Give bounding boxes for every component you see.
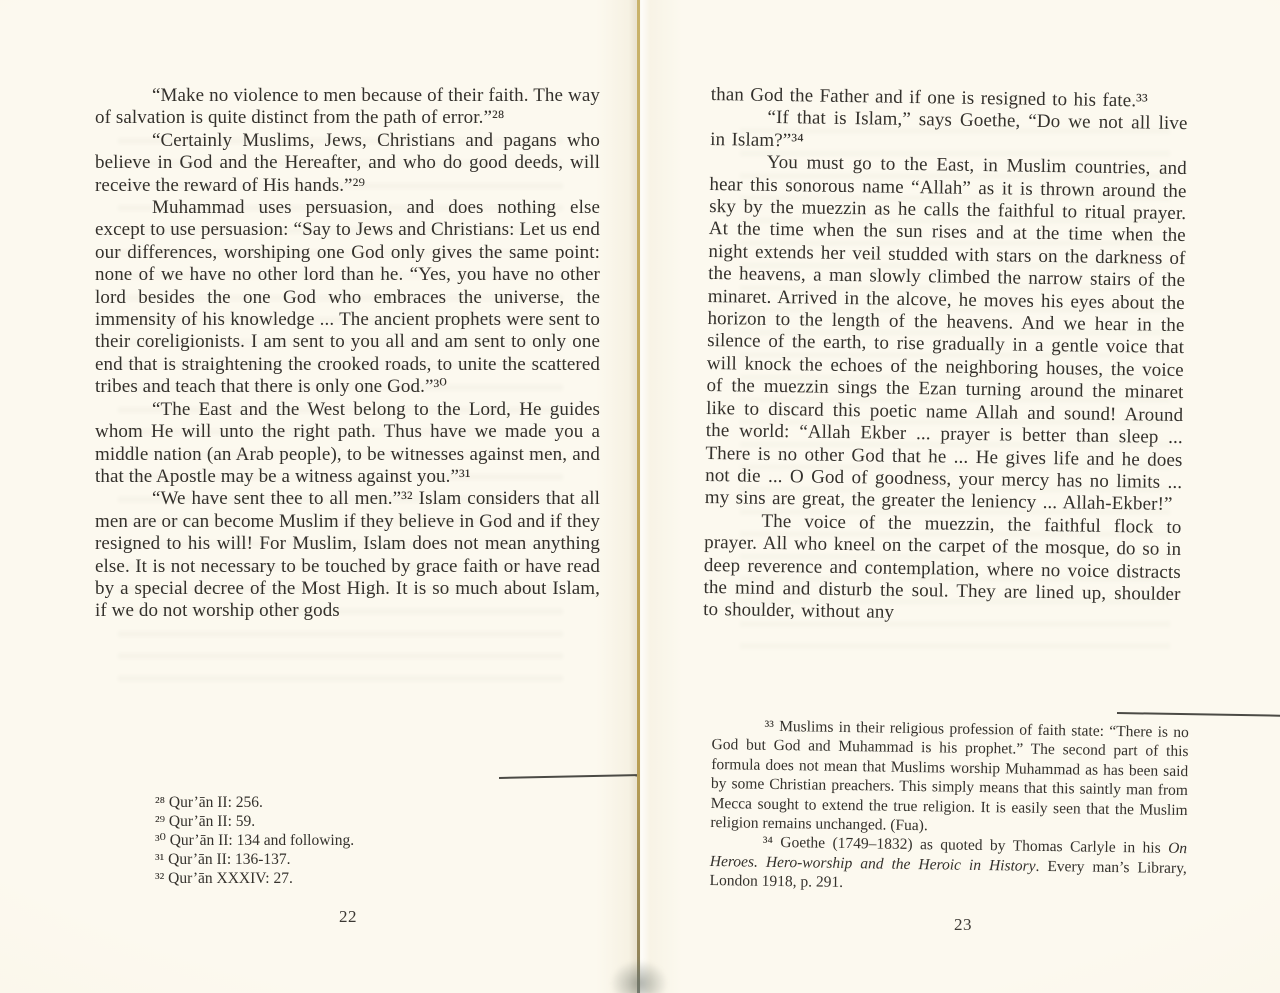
- book-scan: “Make no violence to men because of thei…: [0, 0, 1280, 993]
- left-footnotes: ²⁸ Qur’ān II: 256. ²⁹ Qur’ān II: 59. ³⁰ …: [155, 793, 354, 888]
- left-body-text: “Make no violence to men because of thei…: [95, 85, 600, 623]
- paragraph: “Make no violence to men because of thei…: [95, 85, 600, 130]
- paragraph: “We have sent thee to all men.”³² Islam …: [95, 488, 600, 622]
- footnote: ³² Qur’ān XXXIV: 27.: [155, 869, 354, 888]
- paragraph: Muhammad uses persuasion, and does nothi…: [95, 197, 600, 399]
- footnote: ³⁰ Qur’ān II: 134 and following.: [155, 831, 354, 850]
- page-number-right: 23: [933, 915, 993, 935]
- paragraph: The voice of the muezzin, the faithful f…: [703, 510, 1182, 629]
- footnote-33: ³³ Muslims in their religious profession…: [710, 716, 1189, 840]
- paragraph: You must go to the East, in Muslim count…: [705, 151, 1187, 517]
- footnote-34: ³⁴ Goethe (1749–1832) as quoted by Thoma…: [709, 832, 1187, 897]
- gutter-fold-line: [637, 0, 640, 993]
- right-footnotes: ³³ Muslims in their religious profession…: [709, 716, 1189, 898]
- footnote-rule: [499, 774, 637, 778]
- footnote-rule: [1117, 712, 1280, 717]
- page-number-left: 22: [318, 907, 378, 927]
- paragraph: “The East and the West belong to the Lor…: [95, 399, 600, 489]
- paragraph: “If that is Islam,” says Goethe, “Do we …: [710, 106, 1188, 158]
- footnote: ³¹ Qur’ān II: 136-137.: [155, 850, 354, 869]
- footnote: ²⁸ Qur’ān II: 256.: [155, 793, 354, 812]
- gutter-bottom-smudge: [610, 960, 668, 993]
- footnote: ²⁹ Qur’ān II: 59.: [155, 812, 354, 831]
- right-body-text: than God the Father and if one is resign…: [703, 84, 1188, 629]
- paragraph: “Certainly Muslims, Jews, Christians and…: [95, 130, 600, 197]
